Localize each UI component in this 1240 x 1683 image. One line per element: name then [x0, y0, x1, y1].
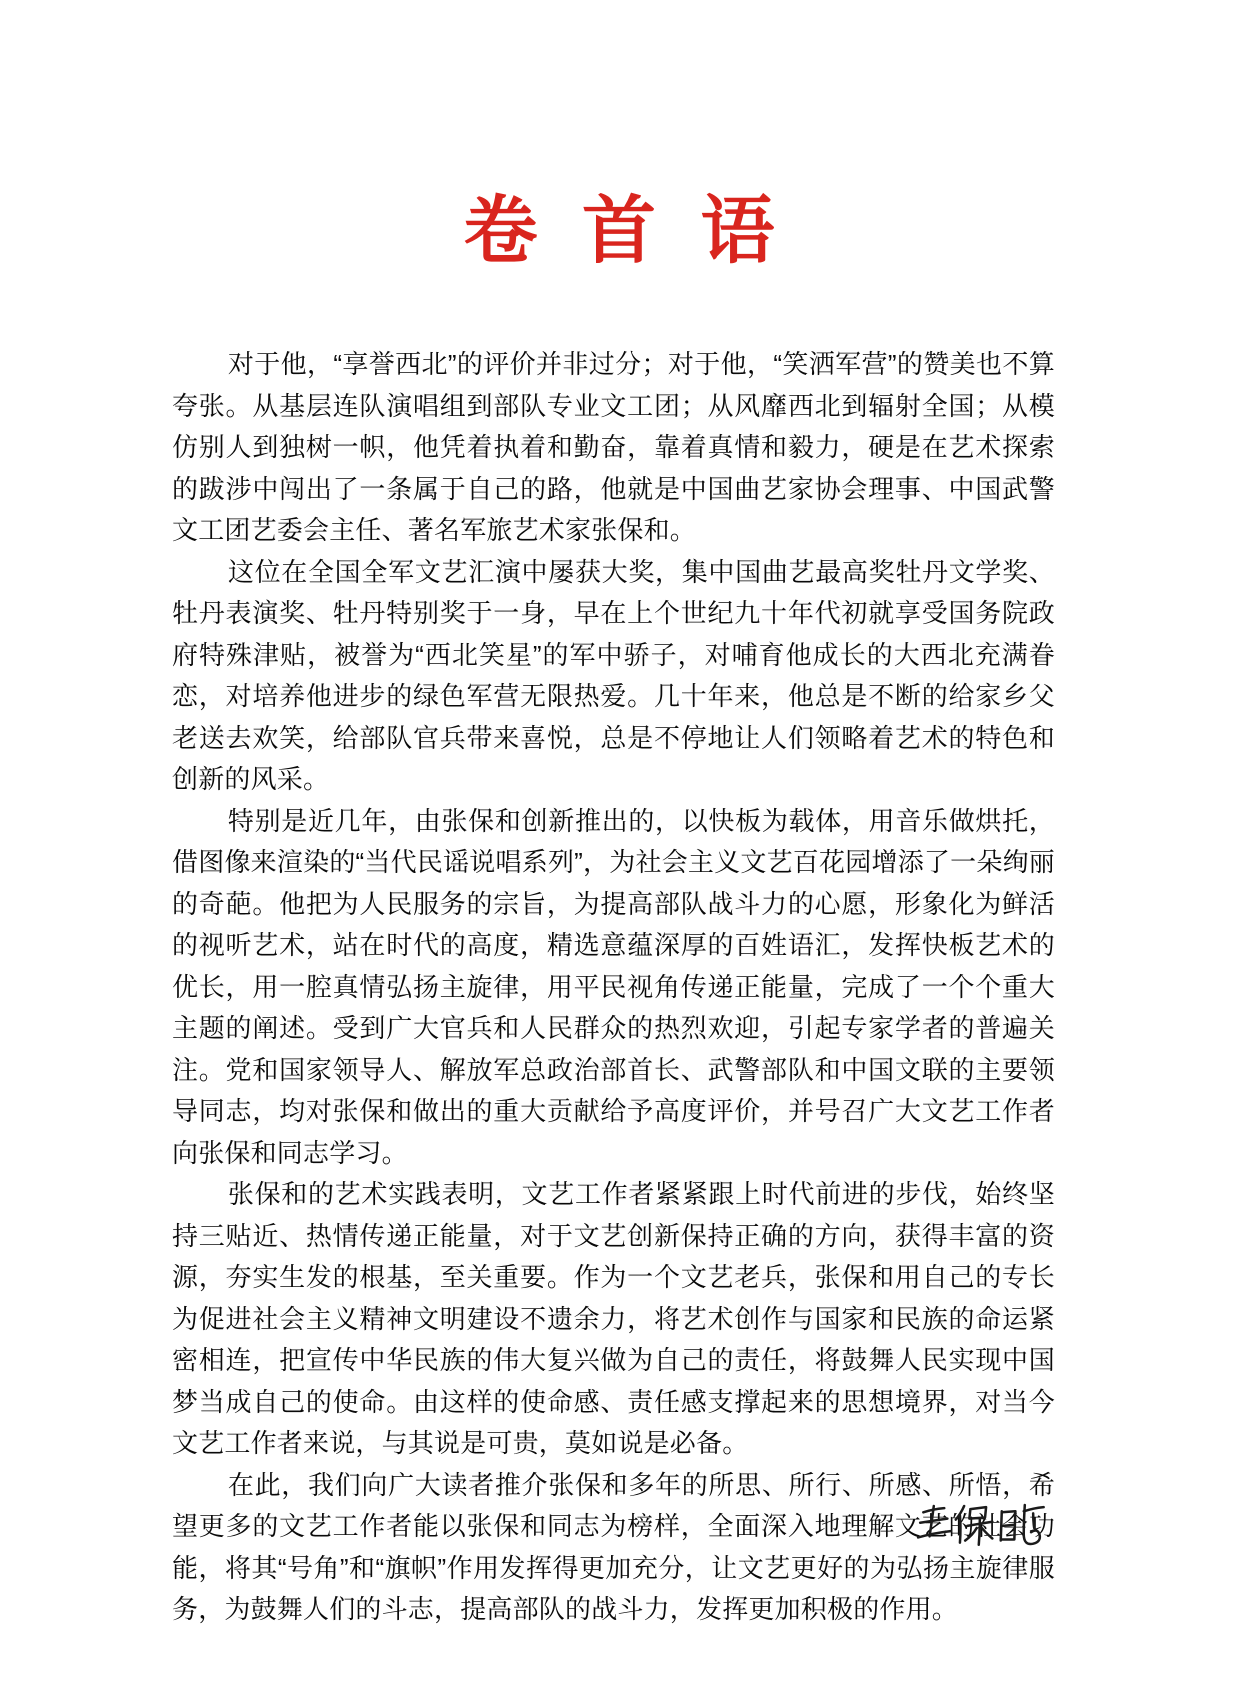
paragraph-2: 这位在全国全军文艺汇演中屡获大奖，集中国曲艺最高奖牡丹文学奖、牡丹表演奖、牡丹特… — [172, 552, 1055, 801]
paragraph-3: 特别是近几年，由张保和创新推出的，以快板为载体，用音乐做烘托，借图像来渲染的“当… — [172, 801, 1055, 1175]
signature-handwriting-icon — [916, 1498, 1052, 1558]
paragraph-4: 张保和的艺术实践表明，文艺工作者紧紧跟上时代前进的步伐，始终坚持三贴近、热情传递… — [172, 1174, 1055, 1465]
paragraph-1: 对于他，“享誉西北”的评价并非过分；对于他，“笑洒军营”的赞美也不算夸张。从基层… — [172, 344, 1055, 552]
document-page: 卷 首 语 对于他，“享誉西北”的评价并非过分；对于他，“笑洒军营”的赞美也不算… — [0, 0, 1240, 1683]
body-text: 对于他，“享誉西北”的评价并非过分；对于他，“笑洒军营”的赞美也不算夸张。从基层… — [172, 344, 1055, 1631]
page-title: 卷 首 语 — [0, 0, 1240, 270]
signature — [916, 1498, 1052, 1558]
